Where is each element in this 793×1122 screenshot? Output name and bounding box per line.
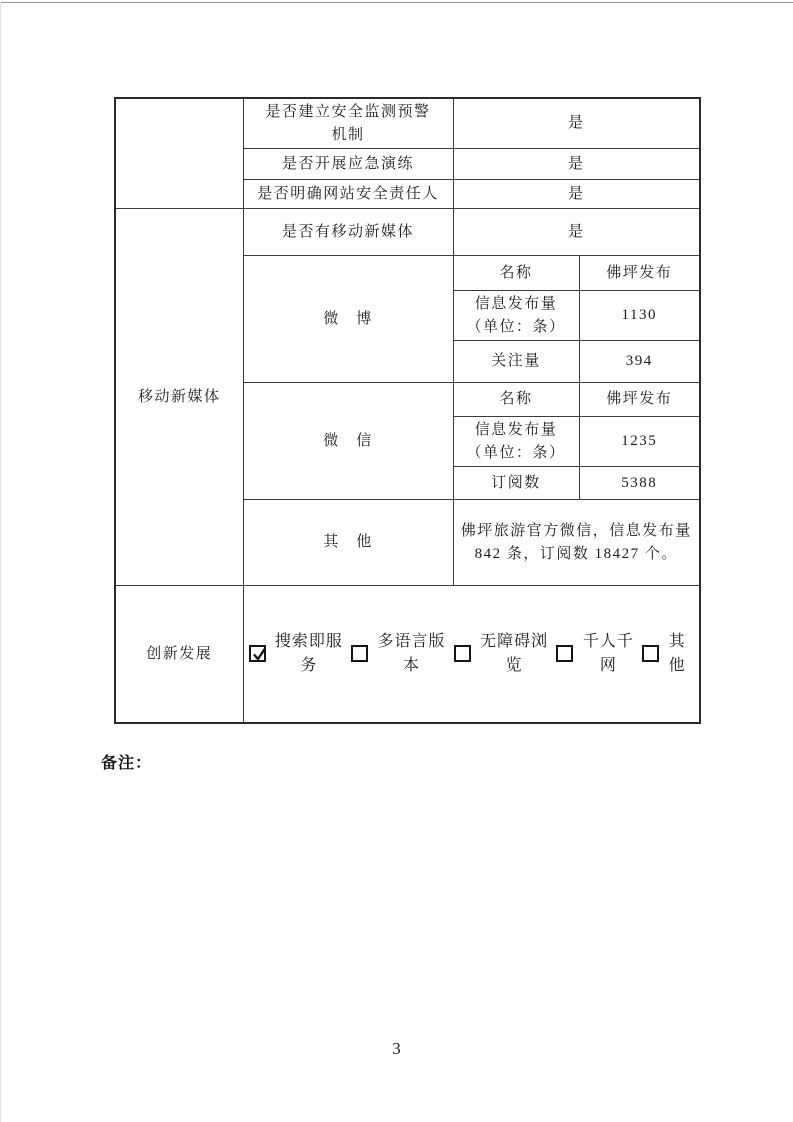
- checkbox-unchecked-icon: [351, 645, 368, 662]
- wechat-subscribers-value: 5388: [579, 467, 700, 500]
- checkbox-label: 多语言版本: [369, 630, 454, 678]
- checkbox-option-search-service: 搜索即服务: [249, 630, 352, 678]
- document-page: 是否建立安全监测预警 机制 是 是否开展应急演练 是 是否明确网站安全责任人 是…: [0, 0, 793, 1122]
- other-media-value: 佛坪旅游官方微信，信息发布量 842 条，订阅数 18427 个。: [453, 500, 700, 586]
- checkbox-label: 无障碍浏览: [472, 630, 557, 678]
- page-top-border: [0, 2, 793, 3]
- has-mobile-media-label: 是否有移动新媒体: [243, 209, 453, 256]
- weibo-label: 微 博: [243, 256, 453, 383]
- security-monitor-label: 是否建立安全监测预警 机制: [243, 98, 453, 149]
- table-row: 创新发展 搜索即服务 多语言版本 无障碍浏览: [115, 586, 700, 723]
- other-media-label: 其 他: [243, 500, 453, 586]
- page-left-border: [0, 2, 1, 1122]
- wechat-posts-value: 1235: [579, 417, 700, 467]
- weibo-posts-value: 1130: [579, 291, 700, 341]
- wechat-name-label: 名称: [453, 383, 579, 417]
- emergency-drill-value: 是: [453, 149, 700, 180]
- weibo-name-label: 名称: [453, 256, 579, 291]
- category-cell-security: [115, 98, 243, 209]
- category-cell-mobile-media: 移动新媒体: [115, 209, 243, 586]
- checkbox-option-accessibility: 无障碍浏览: [454, 630, 557, 678]
- table-row: 是否建立安全监测预警 机制 是: [115, 98, 700, 149]
- weibo-followers-value: 394: [579, 341, 700, 383]
- checkbox-checked-icon: [249, 645, 266, 662]
- category-cell-innovation: 创新发展: [115, 586, 243, 723]
- notes-label: 备注：: [101, 750, 152, 773]
- innovation-options-cell: 搜索即服务 多语言版本 无障碍浏览 千人千网: [243, 586, 700, 723]
- table-row: 移动新媒体 是否有移动新媒体 是: [115, 209, 700, 256]
- security-monitor-value: 是: [453, 98, 700, 149]
- wechat-label: 微 信: [243, 383, 453, 500]
- checkbox-label: 千人千网: [574, 630, 642, 678]
- checkbox-unchecked-icon: [454, 645, 471, 662]
- weibo-name-value: 佛坪发布: [579, 256, 700, 291]
- checkbox-label: 搜索即服务: [267, 630, 352, 678]
- checkbox-option-other: 其他: [642, 630, 694, 678]
- wechat-subscribers-label: 订阅数: [453, 467, 579, 500]
- checkbox-unchecked-icon: [556, 645, 573, 662]
- security-officer-label: 是否明确网站安全责任人: [243, 180, 453, 209]
- innovation-options-row: 搜索即服务 多语言版本 无障碍浏览 千人千网: [249, 630, 695, 678]
- has-mobile-media-value: 是: [453, 209, 700, 256]
- security-officer-value: 是: [453, 180, 700, 209]
- checkbox-option-qianren-qianwang: 千人千网: [556, 630, 642, 678]
- page-number: 3: [0, 1039, 793, 1059]
- wechat-posts-label: 信息发布量 （单位：条）: [453, 417, 579, 467]
- checkbox-option-multilingual: 多语言版本: [351, 630, 454, 678]
- wechat-name-value: 佛坪发布: [579, 383, 700, 417]
- checkbox-unchecked-icon: [642, 645, 659, 662]
- weibo-posts-label: 信息发布量 （单位：条）: [453, 291, 579, 341]
- report-table: 是否建立安全监测预警 机制 是 是否开展应急演练 是 是否明确网站安全责任人 是…: [114, 97, 701, 724]
- weibo-followers-label: 关注量: [453, 341, 579, 383]
- emergency-drill-label: 是否开展应急演练: [243, 149, 453, 180]
- checkbox-label: 其他: [660, 630, 694, 678]
